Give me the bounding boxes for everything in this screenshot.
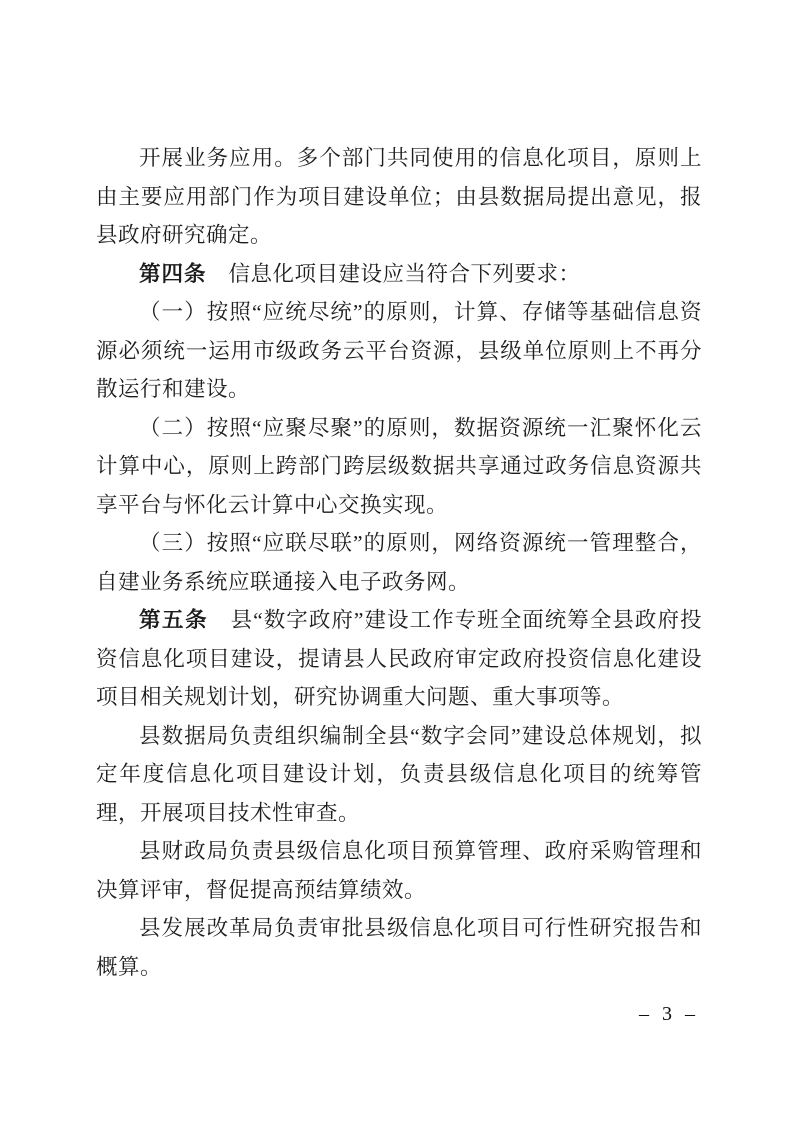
paragraph: 县发展改革局负责审批县级信息化项目可行性研究报告和概算。 — [96, 909, 702, 986]
paragraph: （二）按照“应聚尽聚”的原则，数据资源统一汇聚怀化云计算中心，原则上跨部门跨层级… — [96, 409, 702, 525]
page-footer: – 3 – — [639, 1003, 699, 1026]
paragraph-text: （三）按照“应联尽联”的原则，网络资源统一管理整合，自建业务系统应联通接入电子政… — [96, 531, 702, 594]
paragraph-text: （一）按照“应统尽统”的原则，计算、存储等基础信息资源必须统一运用市级政务云平台… — [96, 300, 702, 401]
paragraph-text: 开展业务应用。多个部门共同使用的信息化项目，原则上由主要应用部门作为项目建设单位… — [96, 146, 702, 247]
paragraph-text: 信息化项目建设应当符合下列要求： — [207, 262, 581, 286]
paragraph: 第五条 县“数字政府”建设工作专班全面统筹全县政府投资信息化项目建设，提请县人民… — [96, 601, 702, 717]
paragraph-text: 县财政局负责县级信息化项目预算管理、政府采购管理和决算评审，督促提高预结算绩效。 — [96, 839, 702, 902]
paragraph: 县数据局负责组织编制全县“数字会同”建设总体规划，拟定年度信息化项目建设计划，负… — [96, 717, 702, 833]
article-label-5: 第五条 — [139, 608, 208, 632]
paragraph: （一）按照“应统尽统”的原则，计算、存储等基础信息资源必须统一运用市级政务云平台… — [96, 293, 702, 409]
page-number: – 3 – — [639, 1003, 699, 1025]
article-label-4: 第四条 — [139, 262, 207, 286]
paragraph-text: 县发展改革局负责审批县级信息化项目可行性研究报告和概算。 — [96, 916, 702, 979]
paragraph: （三）按照“应联尽联”的原则，网络资源统一管理整合，自建业务系统应联通接入电子政… — [96, 524, 702, 601]
paragraph: 第四条 信息化项目建设应当符合下列要求： — [96, 255, 702, 294]
paragraph-text: （二）按照“应聚尽聚”的原则，数据资源统一汇聚怀化云计算中心，原则上跨部门跨层级… — [96, 416, 702, 517]
paragraph-text: 县数据局负责组织编制全县“数字会同”建设总体规划，拟定年度信息化项目建设计划，负… — [96, 724, 702, 825]
document-page: 开展业务应用。多个部门共同使用的信息化项目，原则上由主要应用部门作为项目建设单位… — [0, 0, 793, 1122]
paragraph: 开展业务应用。多个部门共同使用的信息化项目，原则上由主要应用部门作为项目建设单位… — [96, 139, 702, 255]
document-body: 开展业务应用。多个部门共同使用的信息化项目，原则上由主要应用部门作为项目建设单位… — [96, 139, 702, 986]
paragraph: 县财政局负责县级信息化项目预算管理、政府采购管理和决算评审，督促提高预结算绩效。 — [96, 832, 702, 909]
